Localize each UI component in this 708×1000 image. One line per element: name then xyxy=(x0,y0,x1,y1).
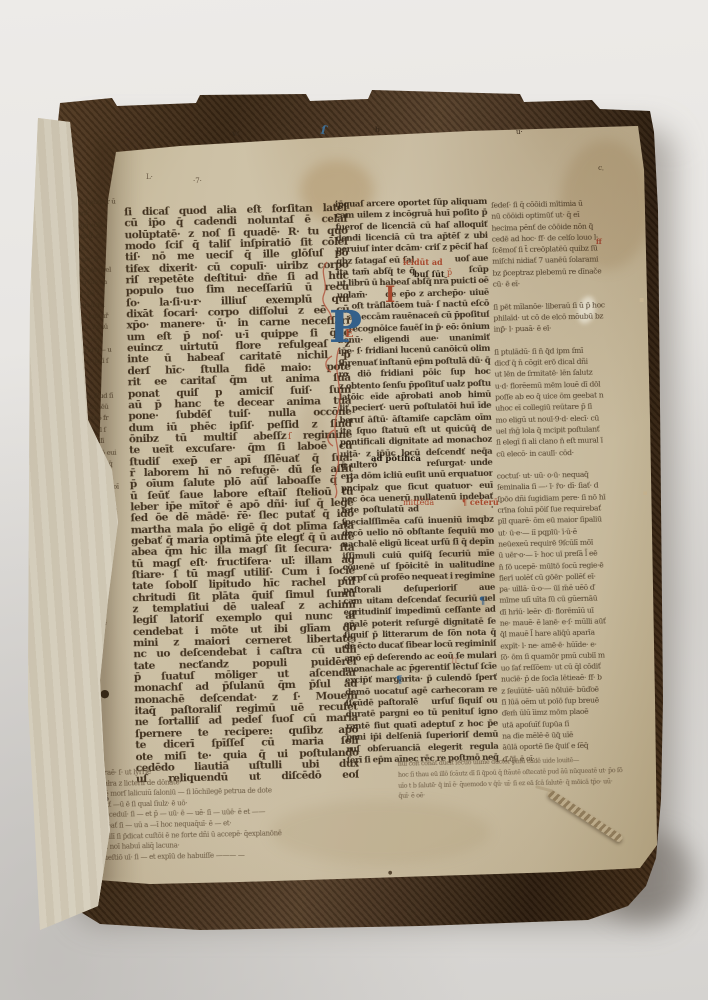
decoration-glyph: ſ xyxy=(320,124,328,137)
decoration-glyph: ad pōtificā xyxy=(371,455,421,464)
decoration-glyph: ▪ xyxy=(639,296,644,304)
decoration-glyph: ● xyxy=(388,871,392,876)
photograph: ente ſi dical pmiſer ūceſī martiril·C·ſ·… xyxy=(0,0,708,1000)
decoration-glyph: w xyxy=(232,130,241,140)
decoration-glyph: p̄ xyxy=(447,269,452,277)
decoration-glyph: c. xyxy=(598,165,605,173)
decoration-glyph: I xyxy=(385,284,395,306)
decoration-glyph: ¶ xyxy=(479,597,485,607)
decoration-glyph: L· xyxy=(146,174,153,181)
decoration-glyph: buſ ſūt xyxy=(414,270,445,278)
decoration-glyph: E xyxy=(345,328,353,339)
decoration-glyph: mittēda xyxy=(403,499,434,507)
decoration-glyph: u· xyxy=(516,129,523,136)
decoration-glyph: ▪ xyxy=(643,490,648,497)
decoration-glyph: ¶ xyxy=(396,676,402,686)
decoration-glyph: b· xyxy=(375,126,382,133)
decoration-glyph: īcidūt ad xyxy=(403,258,443,266)
decoration-glyph: ·7· xyxy=(193,178,202,185)
decoration-glyph: ¶ ceterū xyxy=(462,498,499,506)
decoration-glyph: h xyxy=(451,656,457,666)
decoration-glyph: ſ xyxy=(288,433,291,442)
decoration-glyph: ff xyxy=(596,238,602,245)
